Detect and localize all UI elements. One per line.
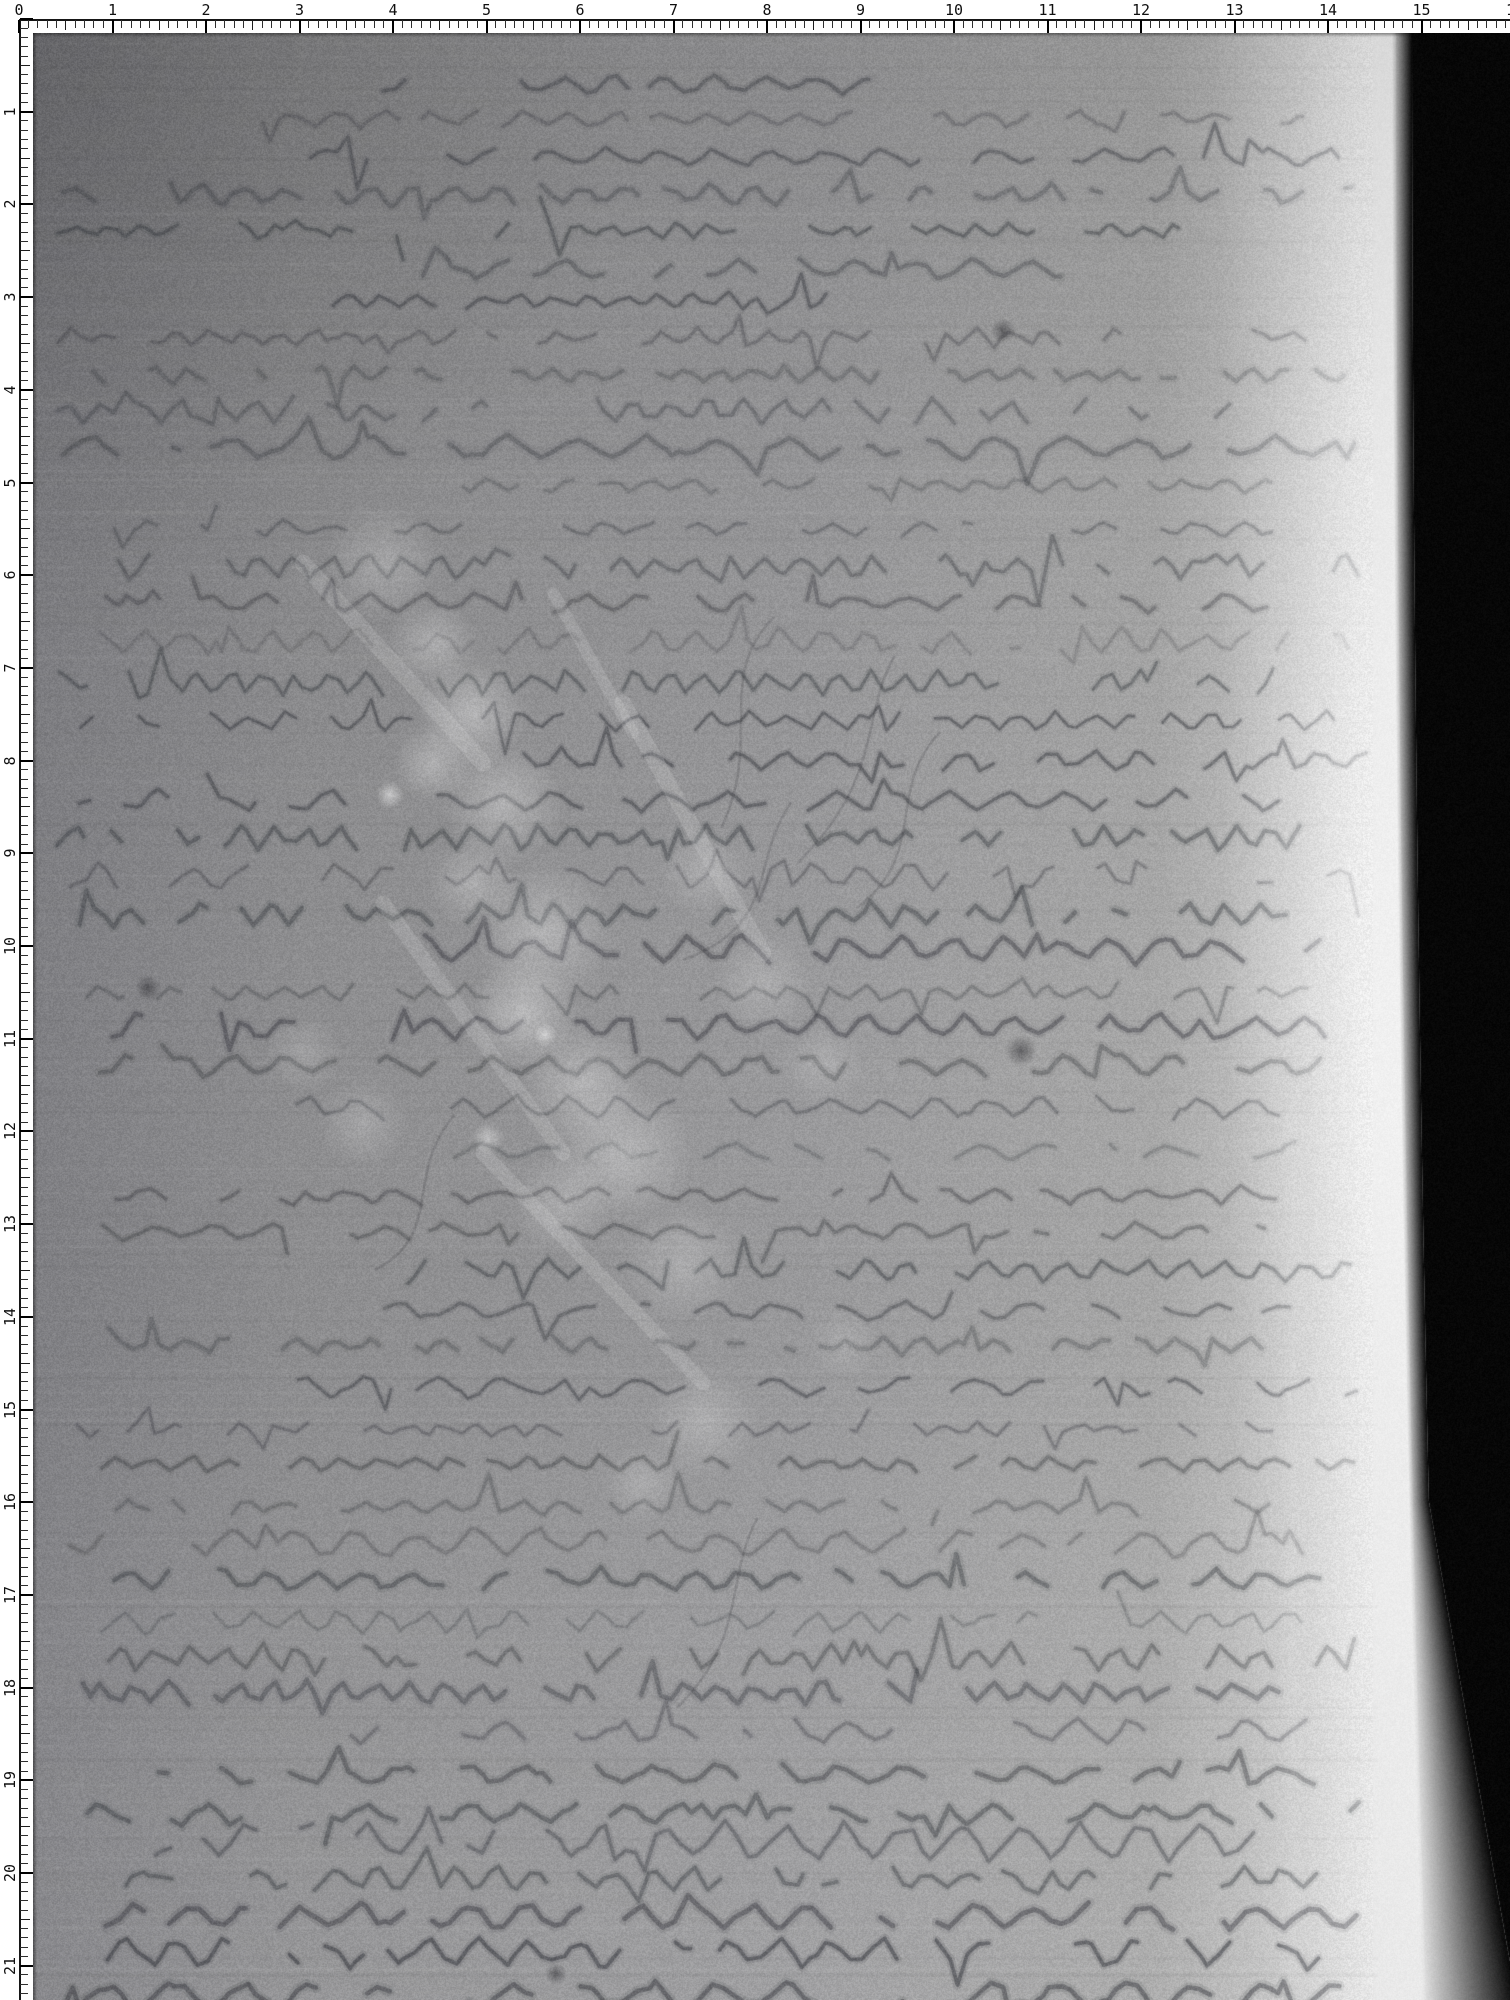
ruler-tick (20, 93, 28, 94)
ruler-tick (215, 20, 216, 28)
ruler-tick (20, 1455, 30, 1456)
ruler-tick (1056, 20, 1057, 28)
ruler-tick (20, 1483, 28, 1484)
ruler-tick (20, 788, 28, 789)
ruler-tick (748, 20, 749, 28)
ruler-tick (20, 1233, 28, 1234)
ruler-tick (20, 584, 28, 585)
ruler-tick (149, 20, 150, 28)
ruler-tick (1019, 20, 1020, 28)
ruler-tick (20, 130, 28, 131)
ruler-tick (20, 361, 28, 362)
ruler-tick (20, 269, 28, 270)
ruler-tick (20, 834, 28, 835)
ruler-tick (20, 148, 28, 149)
ruler-tick (1365, 20, 1366, 28)
ruler-tick (20, 1196, 28, 1197)
ruler-tick (832, 20, 833, 28)
ruler-tick (20, 1316, 33, 1318)
ruler-tick (20, 1669, 28, 1670)
ruler-tick (20, 742, 28, 743)
ruler-tick (813, 20, 814, 30)
ruler-tick (103, 20, 104, 28)
ruler-tick (20, 1715, 28, 1716)
ruler-tick (495, 20, 496, 28)
ruler-tick (20, 1437, 28, 1438)
ruler-tick (20, 574, 33, 576)
ruler-tick (20, 510, 28, 511)
ruler-tick (20, 1965, 33, 1967)
ruler-tick (20, 501, 28, 502)
ruler-tick (20, 1075, 28, 1076)
ruler-tick (402, 20, 403, 28)
ruler-tick (1197, 20, 1198, 28)
ruler-tick (20, 983, 28, 984)
ruler-label: 20 (2, 1864, 18, 1882)
ruler-tick (20, 389, 33, 391)
ruler-tick (20, 1530, 28, 1531)
ruler-tick (20, 1094, 28, 1095)
ruler-tick (1281, 20, 1282, 30)
ruler-tick (20, 176, 28, 177)
ruler-tick (20, 1112, 28, 1113)
ruler-tick (20, 538, 28, 539)
ruler-tick (589, 20, 590, 28)
ruler-tick (1206, 20, 1207, 28)
ruler-tick (20, 1604, 28, 1605)
ruler-tick (20, 695, 28, 696)
ruler-tick (20, 445, 28, 446)
ruler-tick (20, 1251, 28, 1252)
ruler-tick (20, 74, 28, 75)
ruler-tick (1327, 20, 1329, 33)
ruler-tick (65, 20, 66, 30)
ruler-tick (346, 20, 347, 30)
ruler-tick (392, 20, 394, 33)
ruler-tick (140, 20, 141, 28)
scan-viewport: 012345678910111213141516 123456789101112… (0, 0, 1510, 2000)
ruler-tick (20, 1826, 30, 1827)
ruler-tick (20, 1576, 28, 1577)
ruler-tick (20, 1798, 28, 1799)
ruler-tick (1028, 20, 1029, 28)
ruler-tick (20, 56, 28, 57)
ruler-tick (1131, 20, 1132, 28)
ruler-tick (20, 1335, 28, 1336)
ruler-tick (20, 408, 28, 409)
ruler-label: 5 (482, 2, 491, 18)
ruler-tick (20, 1845, 28, 1846)
ruler-tick (20, 1085, 30, 1086)
ruler-tick (477, 20, 478, 28)
ruler-tick (20, 1428, 28, 1429)
ruler-tick (56, 20, 57, 28)
ruler-tick (1458, 20, 1459, 28)
ruler-label: 12 (1132, 2, 1150, 18)
ruler-tick (907, 20, 908, 30)
ruler-tick (841, 20, 842, 28)
ruler-tick (645, 20, 646, 28)
ruler-tick (20, 797, 28, 798)
ruler-tick (20, 547, 28, 548)
ruler-tick (20, 1353, 28, 1354)
ruler-tick (20, 881, 28, 882)
ruler-tick (20, 649, 28, 650)
ruler-tick (20, 899, 30, 900)
ruler-tick (20, 565, 28, 566)
ruler-tick (579, 20, 581, 33)
ruler-tick (20, 1010, 28, 1011)
ruler-tick (20, 1548, 30, 1549)
ruler-tick (944, 20, 945, 28)
ruler-tick (1066, 20, 1067, 28)
ruler-tick (20, 1409, 33, 1411)
ruler-tick (20, 1789, 28, 1790)
ruler-tick (374, 20, 375, 28)
ruler-label: 9 (2, 849, 18, 858)
ruler-tick (533, 20, 534, 30)
ruler-tick (542, 20, 543, 28)
ruler-tick (20, 1177, 30, 1178)
ruler-tick (20, 1808, 28, 1809)
ruler-tick (20, 1539, 28, 1540)
ruler-tick (430, 20, 431, 28)
ruler-tick (523, 20, 524, 28)
ruler-tick (20, 1298, 28, 1299)
ruler-tick (20, 1678, 28, 1679)
ruler-tick (991, 20, 992, 28)
ruler-tick (20, 852, 33, 854)
ruler-tick (121, 20, 122, 28)
ruler-tick (20, 1029, 28, 1030)
ruler-tick (20, 28, 28, 29)
ruler-tick (972, 20, 973, 28)
ruler-tick (20, 463, 28, 464)
ruler-tick (20, 1103, 28, 1104)
ruler-tick (205, 20, 207, 33)
ruler-tick (963, 20, 964, 28)
ruler-tick (20, 111, 33, 113)
ruler-tick (1112, 20, 1113, 28)
ruler-tick (355, 20, 356, 28)
ruler-tick (20, 612, 28, 613)
ruler-tick (20, 1047, 28, 1048)
ruler-tick (467, 20, 468, 28)
ruler-tick (299, 20, 301, 33)
ruler-tick (20, 1910, 28, 1911)
ruler-tick (1337, 20, 1338, 28)
ruler-tick (20, 1242, 28, 1243)
ruler-tick (20, 1891, 28, 1892)
ruler-tick (1187, 20, 1188, 30)
ruler-tick (20, 1900, 28, 1901)
ruler-label: 4 (388, 2, 397, 18)
ruler-tick (1449, 20, 1450, 28)
ruler-tick (112, 20, 114, 33)
ruler-label: 11 (1038, 2, 1056, 18)
ruler-tick (20, 658, 28, 659)
ruler-tick (187, 20, 188, 28)
ruler-tick (1374, 20, 1375, 30)
ruler-tick (20, 1631, 28, 1632)
ruler-tick (411, 20, 412, 28)
ruler-tick (308, 20, 309, 28)
ruler-tick (20, 1919, 30, 1920)
ruler-tick (1159, 20, 1160, 28)
ruler-tick (617, 20, 618, 28)
ruler-tick (1299, 20, 1300, 28)
ruler-tick (1178, 20, 1179, 28)
ruler-tick (75, 20, 76, 28)
ruler-tick (20, 1279, 28, 1280)
ruler-tick (20, 862, 28, 863)
ruler-tick (20, 1594, 33, 1596)
ruler-tick (1430, 20, 1431, 28)
ruler-tick (20, 1622, 28, 1623)
ruler-tick (20, 1659, 28, 1660)
ruler-tick (1505, 20, 1506, 28)
ruler-tick (20, 556, 28, 557)
ruler-label: 7 (669, 2, 678, 18)
ruler-tick (20, 1140, 28, 1141)
ruler-tick (1169, 20, 1170, 28)
ruler-tick (720, 20, 721, 30)
ruler-tick (20, 120, 28, 121)
ruler-label: 15 (1412, 2, 1430, 18)
ruler-label: 9 (856, 2, 865, 18)
ruler-tick (1075, 20, 1076, 28)
ruler-tick (20, 83, 28, 84)
ruler-tick (20, 1381, 28, 1382)
ruler-label: 17 (2, 1586, 18, 1604)
ruler-tick (20, 324, 28, 325)
ruler-tick (20, 380, 28, 381)
ruler-label: 18 (2, 1679, 18, 1697)
ruler-label: 6 (2, 571, 18, 580)
ruler-tick (897, 20, 898, 28)
ruler-tick (20, 704, 28, 705)
ruler-tick (37, 20, 38, 28)
ruler-tick (795, 20, 796, 28)
ruler-tick (20, 1779, 33, 1781)
ruler-tick (551, 20, 552, 28)
ruler-tick (18, 20, 20, 33)
ruler-tick (458, 20, 459, 28)
ruler-tick (20, 426, 28, 427)
ruler-tick (20, 1520, 28, 1521)
ruler-tick (20, 1937, 28, 1938)
ruler-tick (20, 241, 28, 242)
ruler-tick (1234, 20, 1236, 33)
ruler-tick (925, 20, 926, 28)
ruler-tick (20, 260, 28, 261)
ruler-tick (20, 871, 28, 872)
ruler-tick (804, 20, 805, 28)
ruler-tick (449, 20, 450, 28)
ruler-tick (20, 1743, 28, 1744)
ruler-tick (20, 185, 28, 186)
ruler-tick (20, 1984, 28, 1985)
ruler-tick (1122, 20, 1123, 28)
ruler-tick (421, 20, 422, 28)
ruler-tick (935, 20, 936, 28)
ruler-tick (20, 1214, 28, 1215)
ruler-tick (20, 1585, 28, 1586)
ruler-label: 7 (2, 663, 18, 672)
ruler-tick (20, 816, 28, 817)
ruler-label: 3 (295, 2, 304, 18)
ruler-tick (364, 20, 365, 28)
ruler-tick (1486, 20, 1487, 28)
ruler-tick (20, 1390, 28, 1391)
ruler-tick (20, 1418, 28, 1419)
ruler-tick (280, 20, 281, 28)
ruler-tick (20, 1557, 28, 1558)
ruler-tick (234, 20, 235, 28)
ruler-tick (20, 640, 28, 641)
ruler-label: 21 (2, 1957, 18, 1975)
ruler-tick (654, 20, 655, 28)
ruler-tick (1243, 20, 1244, 28)
ruler-tick (1346, 20, 1347, 28)
ruler-tick (1309, 20, 1310, 28)
ruler-tick (20, 1270, 30, 1271)
ruler-tick (766, 20, 768, 33)
ruler-tick (20, 1501, 33, 1503)
ruler-tick (20, 1752, 28, 1753)
ruler-tick (383, 20, 384, 28)
ruler-tick (20, 519, 28, 520)
ruler-tick (20, 1020, 28, 1021)
ruler-tick (20, 250, 30, 251)
ruler-tick (1318, 20, 1319, 28)
ruler-tick (20, 1223, 33, 1225)
ruler-tick (20, 686, 28, 687)
ruler-tick (20, 1761, 28, 1762)
ruler-tick (20, 603, 28, 604)
ruler-tick (20, 714, 30, 715)
ruler-label: 14 (1319, 2, 1337, 18)
manuscript-page (33, 33, 1510, 2000)
ruler-tick (20, 1168, 28, 1169)
ruler-tick (20, 399, 28, 400)
ruler-tick (20, 436, 30, 437)
ruler-tick (20, 1326, 28, 1327)
ruler-tick (20, 927, 28, 928)
ruler-tick (20, 732, 28, 733)
ruler-tick (262, 20, 263, 28)
ruler-tick (20, 65, 30, 66)
ruler-tick (20, 1706, 28, 1707)
ruler-tick (20, 102, 28, 103)
ruler-tick (1290, 20, 1291, 28)
ruler-label: 4 (2, 385, 18, 394)
ruler-tick (692, 20, 693, 28)
ruler-tick (561, 20, 562, 28)
ruler-tick (20, 222, 28, 223)
ruler-label: 1 (2, 107, 18, 116)
ruler-tick (20, 1511, 28, 1512)
ruler-tick (953, 20, 955, 33)
ruler-tick (20, 482, 33, 484)
ruler-tick (47, 20, 48, 28)
ruler-tick (20, 315, 28, 316)
ruler-tick (1038, 20, 1039, 28)
ruler-label: 13 (1225, 2, 1243, 18)
ruler-tick (701, 20, 702, 28)
ruler-tick (20, 806, 30, 807)
ruler-tick (20, 1187, 28, 1188)
ruler-label: 10 (945, 2, 963, 18)
ruler-label: 16 (1506, 2, 1510, 18)
ruler-tick (20, 1372, 28, 1373)
ruler-tick (20, 1205, 28, 1206)
ruler-tick (20, 973, 28, 974)
ruler-tick (20, 334, 28, 335)
ruler-tick (20, 1974, 28, 1975)
ruler-tick (823, 20, 824, 28)
ruler-tick (20, 723, 28, 724)
ruler-tick (1402, 20, 1403, 28)
ruler-tick (271, 20, 272, 28)
ruler-tick (224, 20, 225, 28)
ruler-tick (682, 20, 683, 28)
ruler-tick (1225, 20, 1226, 28)
ruler-tick (664, 20, 665, 28)
ruler-tick (84, 20, 85, 28)
ruler-tick (20, 1993, 28, 1994)
ruler-tick (20, 1474, 28, 1475)
ruler-tick (608, 20, 609, 28)
ruler-tick (20, 528, 30, 529)
ruler-tick (20, 918, 28, 919)
ruler-tick (710, 20, 711, 28)
ruler-tick (860, 20, 862, 33)
ruler-tick (20, 908, 28, 909)
ruler-tick (1477, 20, 1478, 28)
ruler-tick (20, 769, 28, 770)
ruler-tick (486, 20, 488, 33)
ruler-tick (20, 1872, 33, 1874)
ruler-tick (636, 20, 637, 28)
ruler-tick (20, 779, 28, 780)
ruler-tick (20, 278, 28, 279)
ruler-tick (20, 46, 28, 47)
ruler-tick (1356, 20, 1357, 28)
ruler-tick (20, 1159, 28, 1160)
ruler-label: 2 (201, 2, 210, 18)
ruler-label: 5 (2, 478, 18, 487)
ruler-label: 8 (2, 756, 18, 765)
ruler-tick (20, 37, 28, 38)
ruler-tick (20, 1882, 28, 1883)
ruler-tick (327, 20, 328, 28)
ruler-tick (20, 593, 28, 594)
ruler-tick (20, 1863, 28, 1864)
ruler-tick (252, 20, 253, 30)
ruler-tick (20, 1733, 30, 1734)
ruler-tick (916, 20, 917, 28)
ruler-label: 15 (2, 1400, 18, 1418)
ruler-tick (729, 20, 730, 28)
ruler-tick (243, 20, 244, 28)
ruler-tick (20, 945, 33, 947)
ruler-tick (1140, 20, 1142, 33)
ruler-tick (20, 890, 28, 891)
ruler-tick (20, 964, 28, 965)
ruler-tick (20, 1947, 28, 1948)
ruler-tick (20, 352, 28, 353)
